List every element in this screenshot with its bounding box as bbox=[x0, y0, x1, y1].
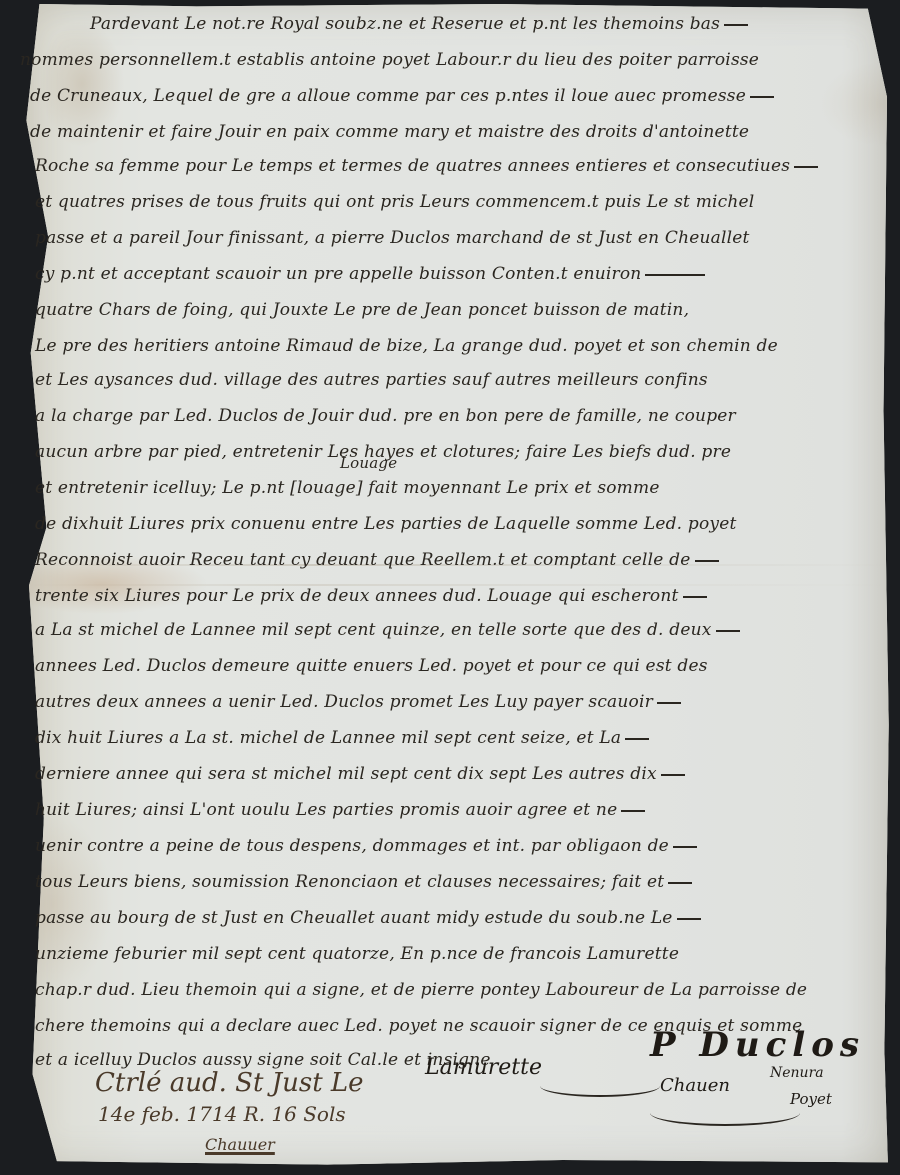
text-line-5: Roche sa femme pour Le temps et termes d… bbox=[35, 156, 818, 176]
registration-note-line-2: 14e feb. 1714 R. 16 Sols bbox=[98, 1102, 346, 1126]
text-line-27: unzieme feburier mil sept cent quatorze,… bbox=[35, 944, 679, 964]
text-line-3: de Cruneaux, Lequel de gre a alloue comm… bbox=[30, 86, 774, 106]
signature-notary-name: Poyet bbox=[790, 1090, 832, 1108]
signature-duclos: P Duclos bbox=[650, 1025, 865, 1065]
signature-notary-title: Nenura bbox=[770, 1065, 824, 1081]
text-line-18: a La st michel de Lannee mil sept cent q… bbox=[35, 620, 740, 640]
text-line-24: uenir contre a peine de tous despens, do… bbox=[35, 836, 697, 856]
text-line-16: Reconnoist auoir Receu tant cy deuant qu… bbox=[35, 550, 719, 570]
text-line-10: Le pre des heritiers antoine Rimaud de b… bbox=[35, 336, 778, 356]
registration-note-line-1: Ctrlé aud. St Just Le bbox=[95, 1068, 364, 1098]
signature-lamurette: Lamurette bbox=[425, 1055, 542, 1080]
text-line-21: dix huit Liures a La st. michel de Lanne… bbox=[35, 728, 649, 748]
text-line-9: quatre Chars de foing, qui Jouxte Le pre… bbox=[35, 300, 689, 320]
signature-notary: Chauen bbox=[660, 1075, 730, 1096]
text-line-14: et entretenir icelluy; Le p.nt [louage] … bbox=[35, 478, 660, 498]
text-line-28: chap.r dud. Lieu themoin qui a signe, et… bbox=[35, 980, 807, 1000]
text-line-25: tous Leurs biens, soumission Renonciaon … bbox=[35, 872, 692, 892]
text-line-8: cy p.nt et acceptant scauoir un pre appe… bbox=[35, 264, 705, 284]
text-line-19: annees Led. Duclos demeure quitte enuers… bbox=[35, 656, 708, 676]
text-line-23: huit Liures; ainsi L'ont uoulu Les parti… bbox=[35, 800, 645, 820]
interlinear-insert: Louage bbox=[340, 454, 397, 472]
text-line-22: derniere annee qui sera st michel mil se… bbox=[35, 764, 685, 784]
text-line-2: nommes personnellem.t establis antoine p… bbox=[20, 50, 759, 70]
text-line-12: a la charge par Led. Duclos de Jouir dud… bbox=[35, 406, 736, 426]
text-line-6: et quatres prises de tous fruits qui ont… bbox=[35, 192, 754, 212]
text-line-26: passe au bourg de st Just en Cheuallet a… bbox=[35, 908, 701, 928]
text-line-1: Pardevant Le not.re Royal soubz.ne et Re… bbox=[90, 14, 748, 34]
text-line-15: de dixhuit Liures prix conuenu entre Les… bbox=[35, 514, 737, 534]
text-line-7: passe et a pareil Jour finissant, a pier… bbox=[35, 228, 750, 248]
signature-flourish bbox=[540, 1075, 660, 1097]
signature-notary-flourish bbox=[650, 1100, 800, 1126]
text-line-4: de maintenir et faire Jouir en paix comm… bbox=[30, 122, 749, 142]
registration-clerk-signature: Chauuer bbox=[205, 1135, 275, 1154]
text-line-20: autres deux annees a uenir Led. Duclos p… bbox=[35, 692, 681, 712]
text-line-11: et Les aysances dud. village des autres … bbox=[35, 370, 708, 390]
text-line-30: et a icelluy Duclos aussy signe soit Cal… bbox=[35, 1050, 491, 1070]
text-line-17: trente six Liures pour Le prix de deux a… bbox=[35, 586, 707, 606]
